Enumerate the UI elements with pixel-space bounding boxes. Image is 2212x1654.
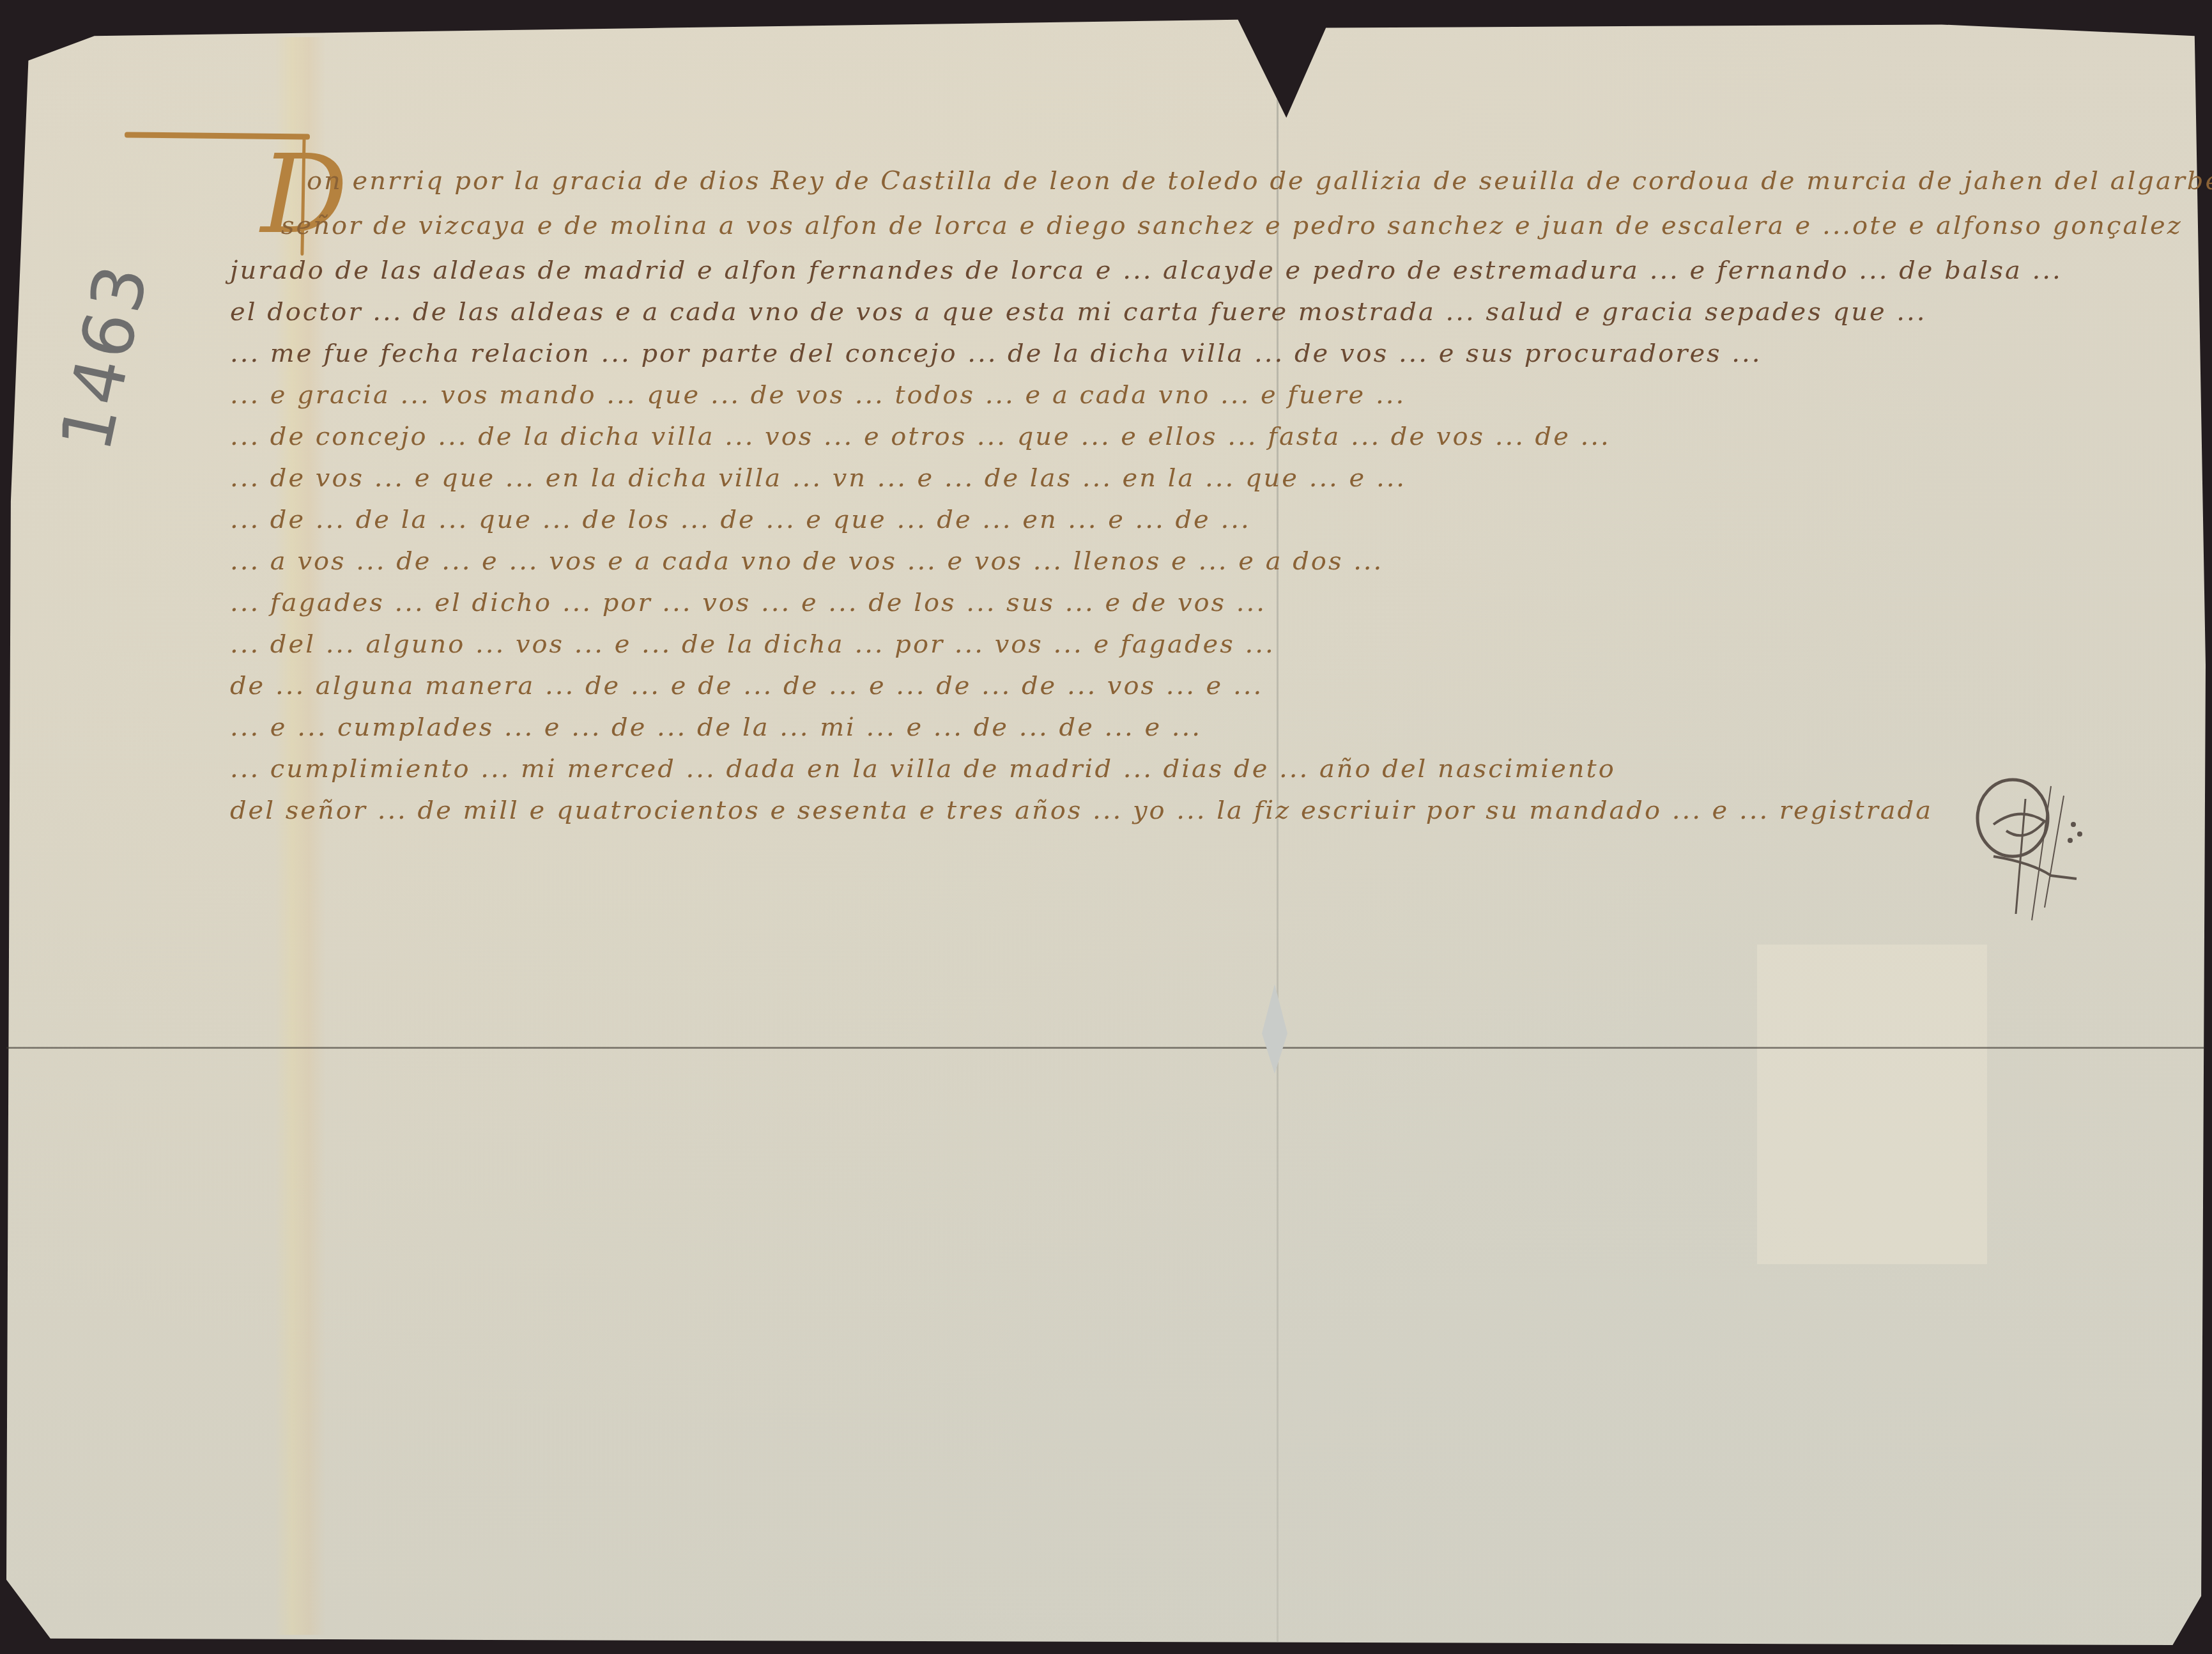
text-line-1: on enrriq por la gracia de dios Rey de C…: [307, 166, 2212, 196]
text-line-16: del señor ... de mill e quatrocientos e …: [230, 796, 1933, 825]
text-line-10: ... a vos ... de ... e ... vos e a cada …: [230, 546, 1383, 576]
text-line-14: ... e ... cumplades ... e ... de ... de …: [230, 713, 1202, 742]
signature-rubric: [1955, 761, 2096, 927]
text-line-13: de ... alguna manera ... de ... e de ...…: [230, 671, 1263, 700]
text-line-12: ... del ... alguno ... vos ... e ... de …: [230, 630, 1275, 659]
text-line-3: jurado de las aldeas de madrid e alfon f…: [230, 256, 2062, 285]
light-paper-patch: [1757, 945, 1987, 1264]
text-line-8: ... de vos ... e que ... en la dicha vil…: [230, 463, 1406, 493]
horizontal-fold-line: [6, 1047, 2204, 1049]
text-line-15: ... cumplimiento ... mi merced ... dada …: [230, 754, 1616, 784]
text-line-7: ... de concejo ... de la dicha villa ...…: [230, 422, 1611, 451]
rubric-icon: [1955, 761, 2096, 927]
text-line-5: ... me fue fecha relacion ... por parte …: [230, 339, 1762, 368]
text-line-2: señor de vizcaya e de molina a vos alfon…: [281, 211, 2183, 240]
text-line-4: el doctor ... de las aldeas e a cada vno…: [230, 297, 1926, 327]
text-line-11: ... fagades ... el dicho ... por ... vos…: [230, 588, 1266, 617]
text-line-9: ... de ... de la ... que ... de los ... …: [230, 505, 1251, 534]
text-line-6: ... e gracia ... vos mando ... que ... d…: [230, 380, 1406, 410]
